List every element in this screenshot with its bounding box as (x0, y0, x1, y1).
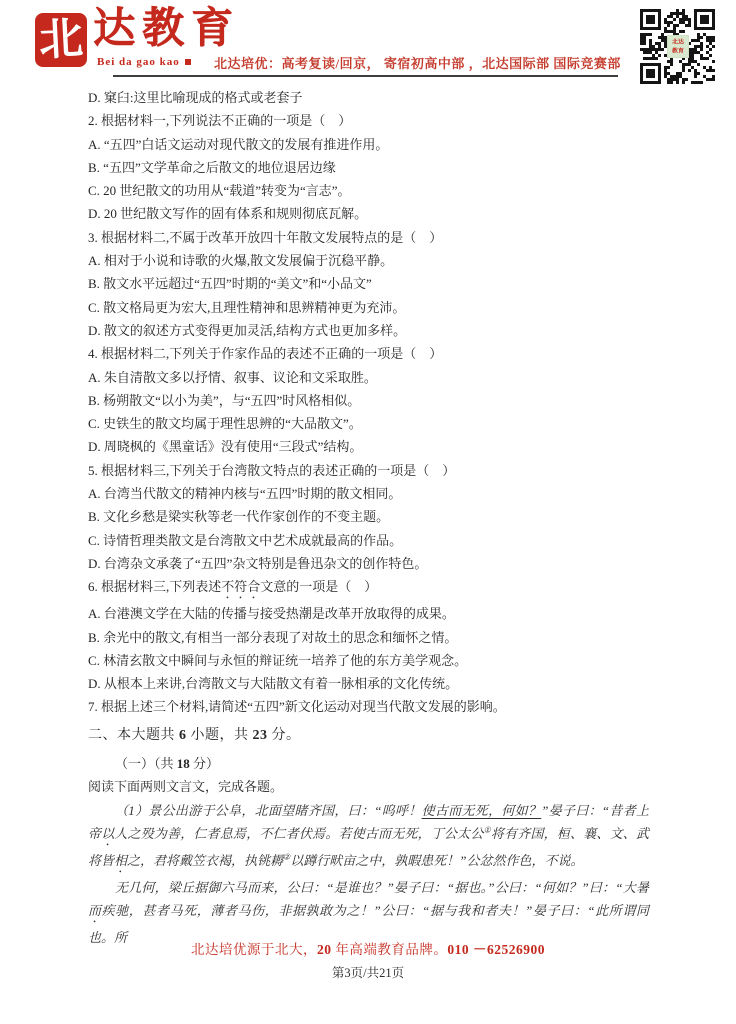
text-run: B. 散文水平远超过“五四”时期的“美文”和“小品文” (88, 276, 372, 291)
logo-seal-char: 北 (38, 17, 84, 63)
text-run: 18 (177, 756, 190, 771)
text-line: 二、本大题共 6 小题，共 23 分。 (88, 724, 649, 747)
text-run: 23 (253, 728, 268, 743)
text-line: B. 余光中的散文,有相当一部分表现了对故土的思念和缅怀之情。 (88, 626, 649, 649)
text-run: 7. 根据上述三个材料,请简述“五四”新文化运动对现当代散文发展的影响。 (88, 699, 506, 714)
document-body: D. 窠臼:这里比喻现成的格式或老套子2. 根据材料一,下列说法不正确的一项是（… (88, 86, 649, 950)
page-header: 北 达教育 Bei da gao kao 北达培优：高考复读/回京， 寄宿初高中… (0, 0, 736, 90)
text-run: A. 相对于小说和诗歌的火爆,散文发展偏于沉稳平静。 (88, 253, 393, 268)
text-run: A. “五四”白话文运动对现代散文的发展有推进作用。 (88, 137, 388, 152)
text-run: 不符合 (221, 579, 260, 594)
text-run: 3. 根据材料二,不属于改革开放四十年散文发展特点的是（ ） (88, 230, 442, 245)
text-run: 无几何，梁丘据御六马而来，公曰：“是谁也？”晏子曰：“据也。”公曰：“何如？”曰… (115, 880, 649, 895)
text-line: 7. 根据上述三个材料,请简述“五四”新文化运动对现当代散文发展的影响。 (88, 695, 649, 718)
text-run: D. 从根本上来讲,台湾散文与大陆散文有着一脉相承的文化传统。 (88, 676, 458, 691)
text-run: B. 余光中的散文,有相当一部分表现了对故土的思念和缅怀之情。 (88, 630, 457, 645)
text-run: （一）（共 (115, 756, 177, 771)
text-run: B. “五四”文学革命之后散文的地位退居边缘 (88, 160, 336, 175)
text-line: D. 从根本上来讲,台湾散文与大陆散文有着一脉相承的文化传统。 (88, 672, 649, 695)
text-line: C. 史铁生的散文均属于理性思辨的“大品散文”。 (88, 412, 649, 435)
text-line: D. 窠臼:这里比喻现成的格式或老套子 (88, 86, 649, 109)
text-run: B. 文化乡愁是梁实秋等老一代作家创作的不变主题。 (88, 509, 389, 524)
qr-code: 北达 教育 (640, 9, 715, 84)
text-line: B. “五四”文学革命之后散文的地位退居边缘 (88, 156, 649, 179)
text-line: 2. 根据材料一,下列说法不正确的一项是（ ） (88, 109, 649, 132)
text-line: D. 周晓枫的《黑童话》没有使用“三段式”结构。 (88, 435, 649, 458)
text-line: C. 林清玄散文中瞬间与永恒的辩证统一培养了他的东方美学观念。 (88, 649, 649, 672)
text-line: A. “五四”白话文运动对现代散文的发展有推进作用。 (88, 133, 649, 156)
text-run: 以 (101, 826, 114, 841)
text-run: 文意的一项是（ ） (260, 579, 377, 594)
text-line: C. 20 世纪散文的功用从“载道”转变为“言志”。 (88, 179, 649, 202)
header-rule (113, 75, 618, 77)
text-run: 使古而无死，何如？ (422, 803, 542, 818)
text-line: 3. 根据材料二,不属于改革开放四十年散文发展特点的是（ ） (88, 226, 649, 249)
text-run: 5. 根据材料三,下列关于台湾散文特点的表述正确的一项是（ ） (88, 463, 455, 478)
header-tagline: 北达培优：高考复读/回京， 寄宿初高中部 ，北达国际部 国际竞赛部 (214, 53, 624, 72)
text-run: 之，君将戴笠衣褐，执铫耨 (127, 853, 283, 868)
text-run: D. 窠臼:这里比喻现成的格式或老套子 (88, 90, 303, 105)
text-run: 分） (190, 756, 219, 771)
text-run: 4. 根据材料二,下列关于作家作品的表述不正确的一项是（ ） (88, 346, 442, 361)
page-number: 第3页/共21页 (0, 963, 736, 981)
text-line: （1）景公出游于公阜，北面望睹齐国，曰：“呜呼！使古而无死，何如？”晏子曰：“昔… (88, 799, 649, 876)
text-run: A. 朱自清散文多以抒情、叙事、议论和文采取胜。 (88, 370, 377, 385)
text-line: A. 台湾当代散文的精神内核与“五四”时期的散文相同。 (88, 482, 649, 505)
text-line: B. 文化乡愁是梁实秋等老一代作家创作的不变主题。 (88, 505, 649, 528)
text-run: 6 (179, 728, 187, 743)
text-line: D. 20 世纪散文写作的固有体系和规则彻底瓦解。 (88, 202, 649, 225)
logo-calligraphy: 达教育 (93, 6, 240, 52)
text-run: C. 诗情哲理类散文是台湾散文中艺术成就最高的作品。 (88, 533, 402, 548)
document-page: 北 达教育 Bei da gao kao 北达培优：高考复读/回京， 寄宿初高中… (0, 0, 736, 1024)
text-run: 20 (317, 942, 332, 957)
logo-subtext-square-icon (185, 59, 191, 65)
text-run: 阅读下面两则文言文，完成各题。 (88, 779, 283, 794)
text-line: C. 诗情哲理类散文是台湾散文中艺术成就最高的作品。 (88, 529, 649, 552)
text-line: D. 散文的叙述方式变得更加灵活,结构方式也更加多样。 (88, 319, 649, 342)
logo-seal-icon: 北 (35, 13, 87, 67)
text-run: 人之殁为善，仁者息焉，不仁者伏焉。若使古而无死，丁公太公 (114, 826, 483, 841)
footer-slogan: 北达培优源于北大，20 年高端教育品牌。010 －62526900 (0, 938, 736, 958)
text-line: 6. 根据材料三,下列表述不符合文意的一项是（ ） (88, 575, 649, 602)
qr-center-logo: 北达 教育 (667, 35, 689, 58)
text-run: 6. 根据材料三,下列表述 (88, 579, 221, 594)
text-run: A. 台湾当代散文的精神内核与“五四”时期的散文相同。 (88, 486, 401, 501)
text-line: 5. 根据材料三,下列关于台湾散文特点的表述正确的一项是（ ） (88, 459, 649, 482)
text-line: A. 台港澳文学在大陆的传播与接受热潮是改革开放取得的成果。 (88, 602, 649, 625)
text-run: D. 周晓枫的《黑童话》没有使用“三段式”结构。 (88, 439, 362, 454)
text-run: D. 20 世纪散文写作的固有体系和规则彻底瓦解。 (88, 206, 367, 221)
text-line: 阅读下面两则文言文，完成各题。 (88, 775, 649, 798)
text-line: 4. 根据材料二,下列关于作家作品的表述不正确的一项是（ ） (88, 342, 649, 365)
text-run: A. 台港澳文学在大陆的传播与接受热潮是改革开放取得的成果。 (88, 606, 455, 621)
text-run: C. 林清玄散文中瞬间与永恒的辩证统一培养了他的东方美学观念。 (88, 653, 467, 668)
text-line: A. 朱自清散文多以抒情、叙事、议论和文采取胜。 (88, 366, 649, 389)
text-run: C. 史铁生的散文均属于理性思辨的“大品散文”。 (88, 416, 362, 431)
text-run: C. 散文格局更为宏大,且理性精神和思辨精神更为充沛。 (88, 300, 405, 315)
text-run: （1）景公出游于公阜，北面望睹齐国，曰：“呜呼！ (115, 803, 422, 818)
text-run: 二、本大题共 (88, 728, 179, 743)
text-line: C. 散文格局更为宏大,且理性精神和思辨精神更为充沛。 (88, 296, 649, 319)
text-run: 相 (114, 853, 127, 868)
text-run: 小题，共 (187, 728, 253, 743)
text-line: B. 杨朔散文“以小为美”，与“五四”时风格相似。 (88, 389, 649, 412)
text-line: A. 相对于小说和诗歌的火爆,散文发展偏于沉稳平静。 (88, 249, 649, 272)
text-run: 年高端教育品牌。 (332, 942, 448, 957)
text-run: ① (484, 826, 491, 835)
text-run: 分。 (268, 728, 301, 743)
text-run: 而 (88, 903, 102, 918)
text-run: 2. 根据材料一,下列说法不正确的一项是（ ） (88, 113, 351, 128)
logo-subtext: Bei da gao kao (97, 56, 191, 68)
text-run: 北达培优源于北大， (191, 942, 317, 957)
text-run: 010 －62526900 (447, 942, 545, 957)
text-run: 以蹲行畎亩之中，孰暇患死！”公忿然作色，不说。 (290, 853, 583, 868)
text-line: （一）（共 18 分） (88, 752, 649, 775)
text-run: D. 台湾杂文承袭了“五四”杂文特别是鲁迅杂文的创作特色。 (88, 556, 427, 571)
text-run: D. 散文的叙述方式变得更加灵活,结构方式也更加多样。 (88, 323, 406, 338)
text-line: D. 台湾杂文承袭了“五四”杂文特别是鲁迅杂文的创作特色。 (88, 552, 649, 575)
text-run: B. 杨朔散文“以小为美”，与“五四”时风格相似。 (88, 393, 360, 408)
text-run: C. 20 世纪散文的功用从“载道”转变为“言志”。 (88, 183, 351, 198)
text-line: B. 散文水平远超过“五四”时期的“美文”和“小品文” (88, 272, 649, 295)
